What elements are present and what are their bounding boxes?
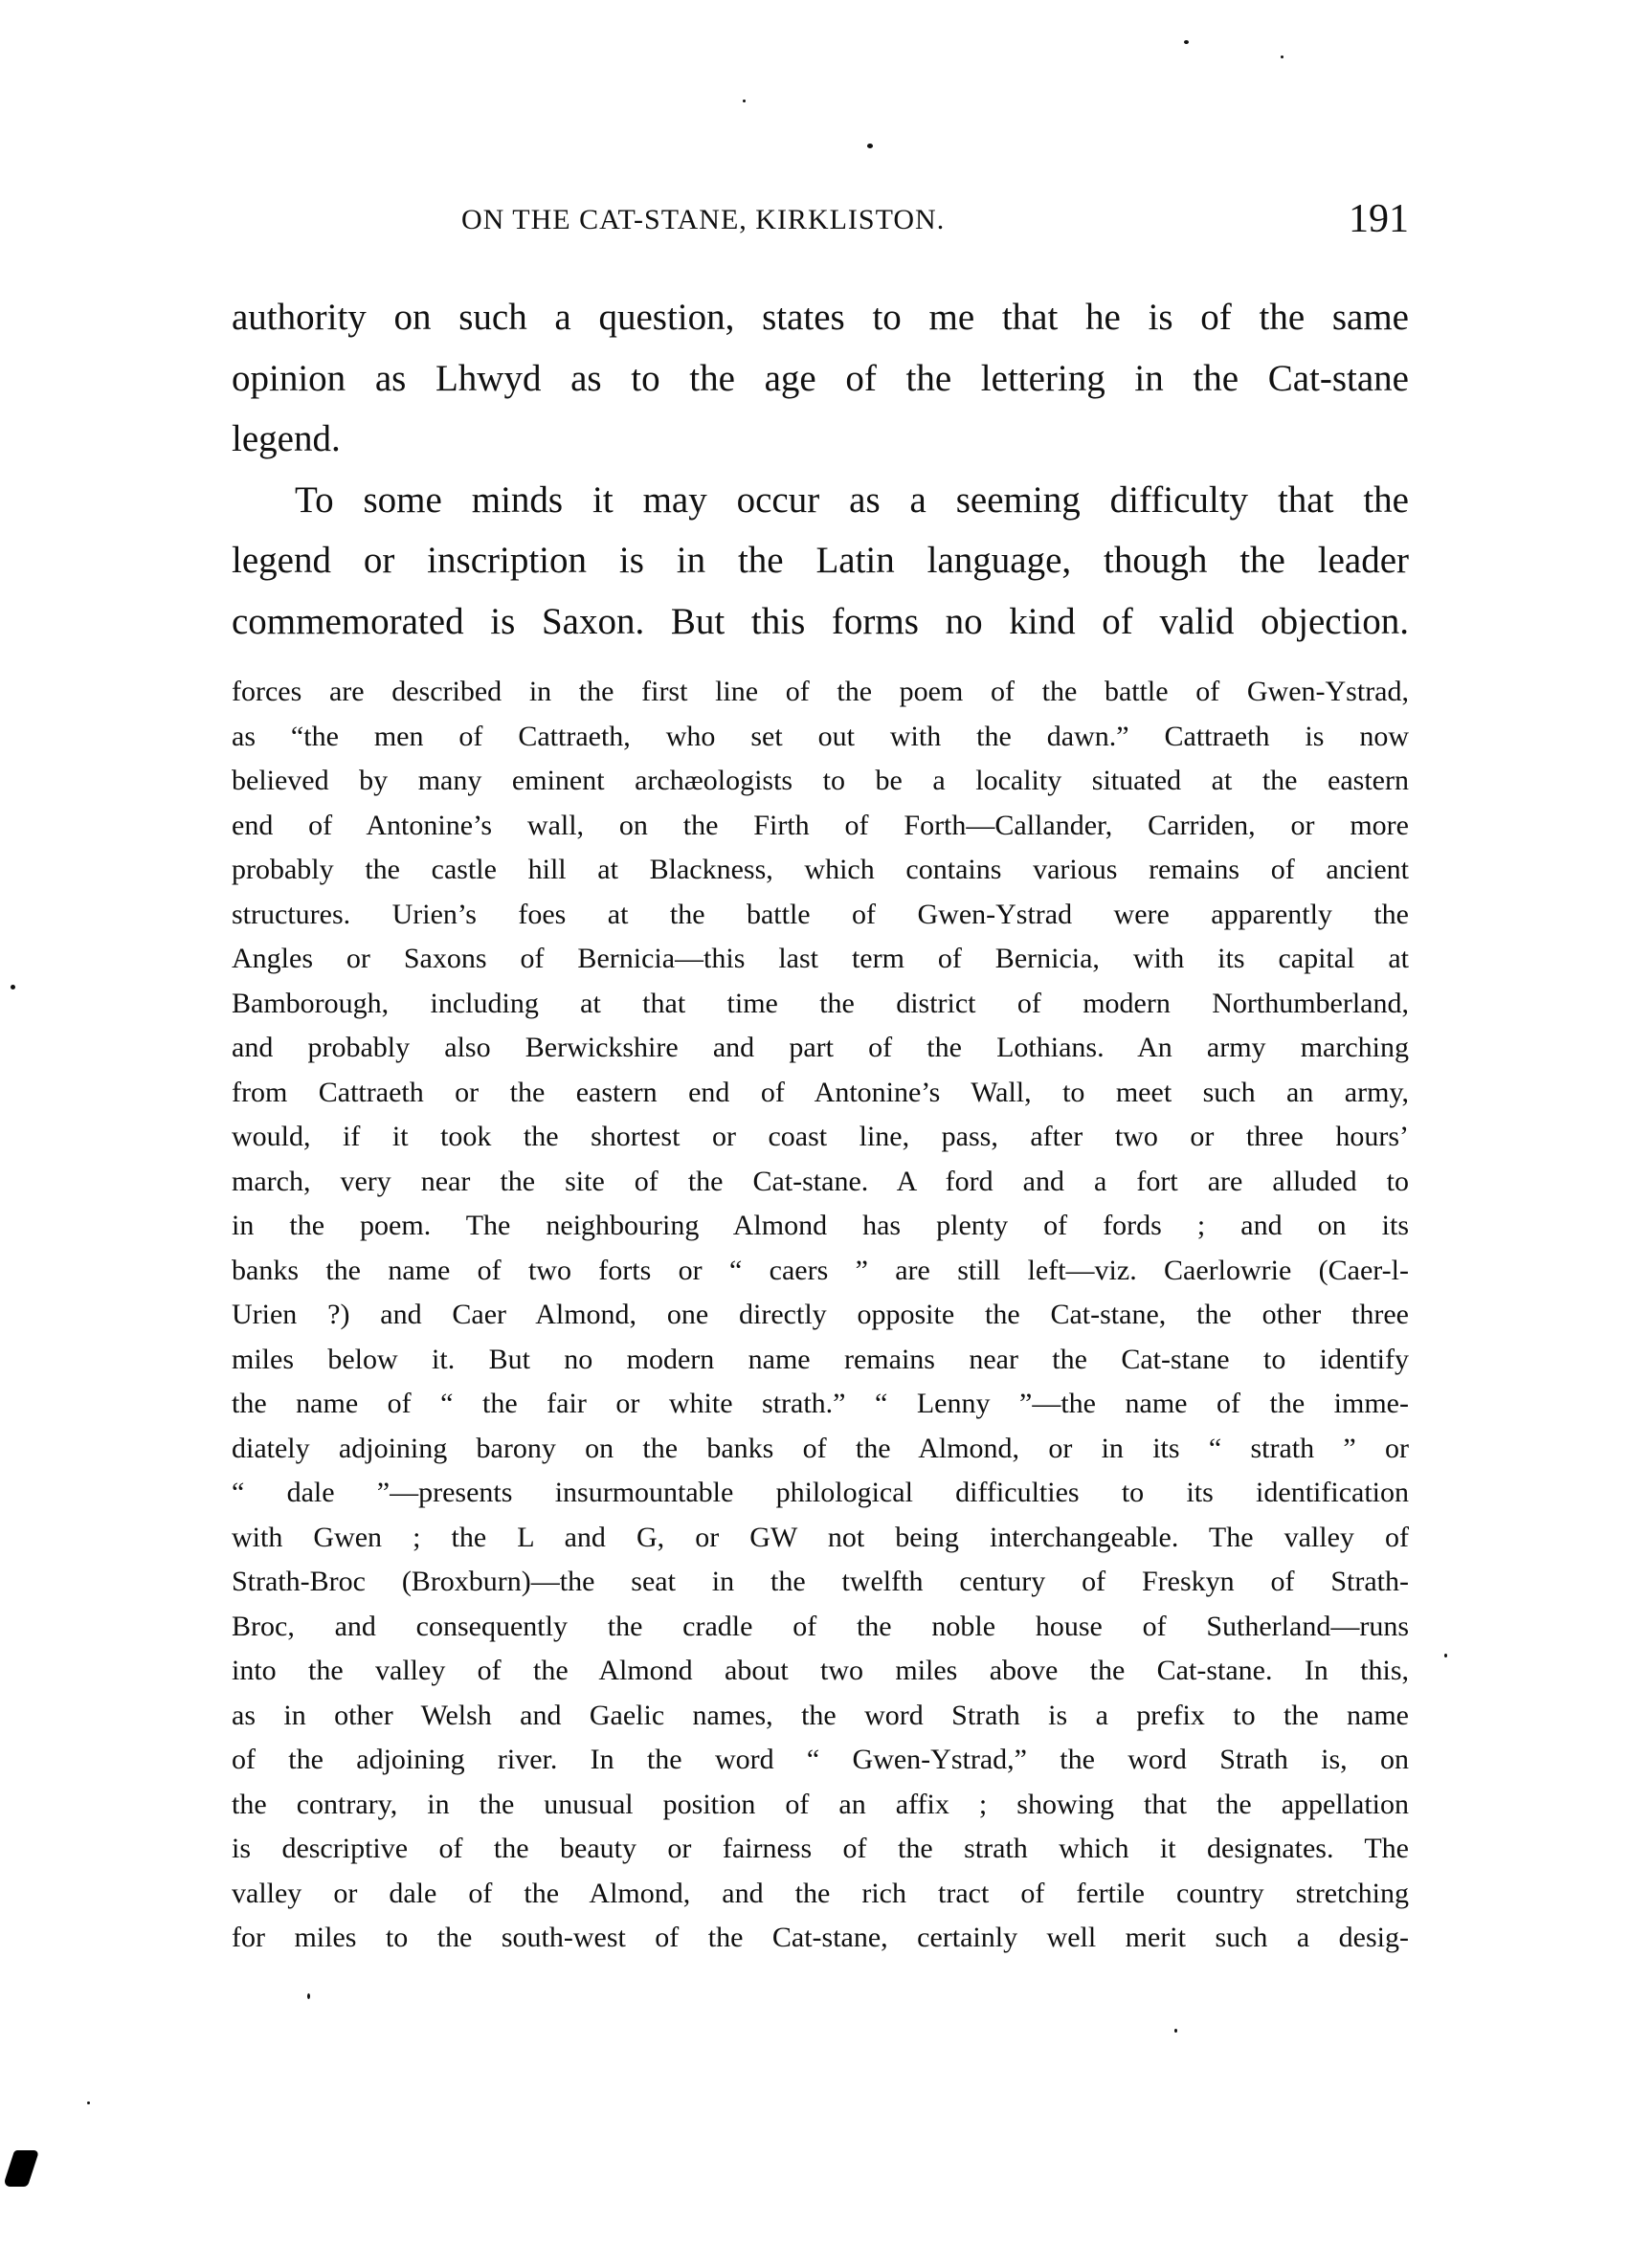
page-number: 191 — [1349, 196, 1409, 242]
footnote-line: into the valley of the Almond about two … — [232, 1649, 1409, 1694]
body-line: opinion as Lhwyd as to the age of the le… — [232, 348, 1409, 410]
scan-speck — [743, 100, 746, 102]
scan-speck — [867, 144, 873, 148]
footnote-line: the name of “ the fair or white strath.”… — [232, 1382, 1409, 1427]
footnote-line: of the adjoining river. In the word “ Gw… — [232, 1738, 1409, 1783]
body-line-indented: To some minds it may occur as a seeming … — [232, 470, 1409, 531]
footnote-line: end of Antonine’s wall, on the Firth of … — [232, 804, 1409, 849]
scan-speck — [1281, 56, 1284, 58]
scan-speck — [307, 1993, 310, 1999]
footnote-line: Urien ?) and Caer Almond, one directly o… — [232, 1293, 1409, 1338]
footnote-line: would, if it took the shortest or coast … — [232, 1115, 1409, 1160]
footnote-line: probably the castle hill at Blackness, w… — [232, 848, 1409, 893]
running-head: ON THE CAT-STANE, KIRKLISTON. 191 — [232, 196, 1409, 244]
scan-speck — [11, 985, 15, 989]
footnote-line: as in other Welsh and Gaelic names, the … — [232, 1694, 1409, 1739]
body-line: authority on such a question, states to … — [232, 287, 1409, 348]
footnote-line: diately adjoining barony on the banks of… — [232, 1427, 1409, 1472]
footnote-line: Broc, and consequently the cradle of the… — [232, 1605, 1409, 1650]
footnote-line: for miles to the south-west of the Cat-s… — [232, 1916, 1409, 1961]
footnote-line: from Cattraeth or the eastern end of Ant… — [232, 1071, 1409, 1116]
footnote-line: “ dale ”—presents insurmountable philolo… — [232, 1471, 1409, 1516]
footnote-line: miles below it. But no modern name remai… — [232, 1338, 1409, 1383]
footnote-line: Angles or Saxons of Bernicia—this last t… — [232, 937, 1409, 982]
footnote-line: forces are described in the first line o… — [232, 670, 1409, 715]
body-line: legend. — [232, 409, 1409, 470]
footnote-line: with Gwen ; the L and G, or GW not being… — [232, 1516, 1409, 1561]
footnote-line: Strath-Broc (Broxburn)—the seat in the t… — [232, 1560, 1409, 1605]
footnote-line: banks the name of two forts or “ caers ”… — [232, 1249, 1409, 1294]
footnote-line: march, very near the site of the Cat-sta… — [232, 1160, 1409, 1205]
footnote-line: is descriptive of the beauty or fairness… — [232, 1827, 1409, 1872]
footnote-line: in the poem. The neighbouring Almond has… — [232, 1204, 1409, 1249]
footnote-line: structures. Urien’s foes at the battle o… — [232, 893, 1409, 938]
footnote-line: and probably also Berwickshire and part … — [232, 1026, 1409, 1071]
scan-speck — [1444, 1654, 1447, 1657]
scan-speck — [1184, 40, 1189, 44]
main-body-text: authority on such a question, states to … — [232, 287, 1409, 652]
body-line: commemorated is Saxon. But this forms no… — [232, 591, 1409, 653]
footnote-line: Bamborough, including at that time the d… — [232, 982, 1409, 1027]
footnote-line: as “the men of Cattraeth, who set out wi… — [232, 715, 1409, 760]
footnote-line: the contrary, in the unusual position of… — [232, 1783, 1409, 1828]
body-line: legend or inscription is in the Latin la… — [232, 530, 1409, 591]
running-title: ON THE CAT-STANE, KIRKLISTON. — [461, 204, 945, 236]
ink-blot — [3, 2150, 39, 2187]
footnote-line: valley or dale of the Almond, and the ri… — [232, 1872, 1409, 1917]
footnote-line: believed by many eminent archæologists t… — [232, 759, 1409, 804]
scan-speck — [87, 2101, 90, 2104]
footnote-continuation: forces are described in the first line o… — [232, 670, 1409, 1961]
scan-speck — [1174, 2029, 1177, 2033]
